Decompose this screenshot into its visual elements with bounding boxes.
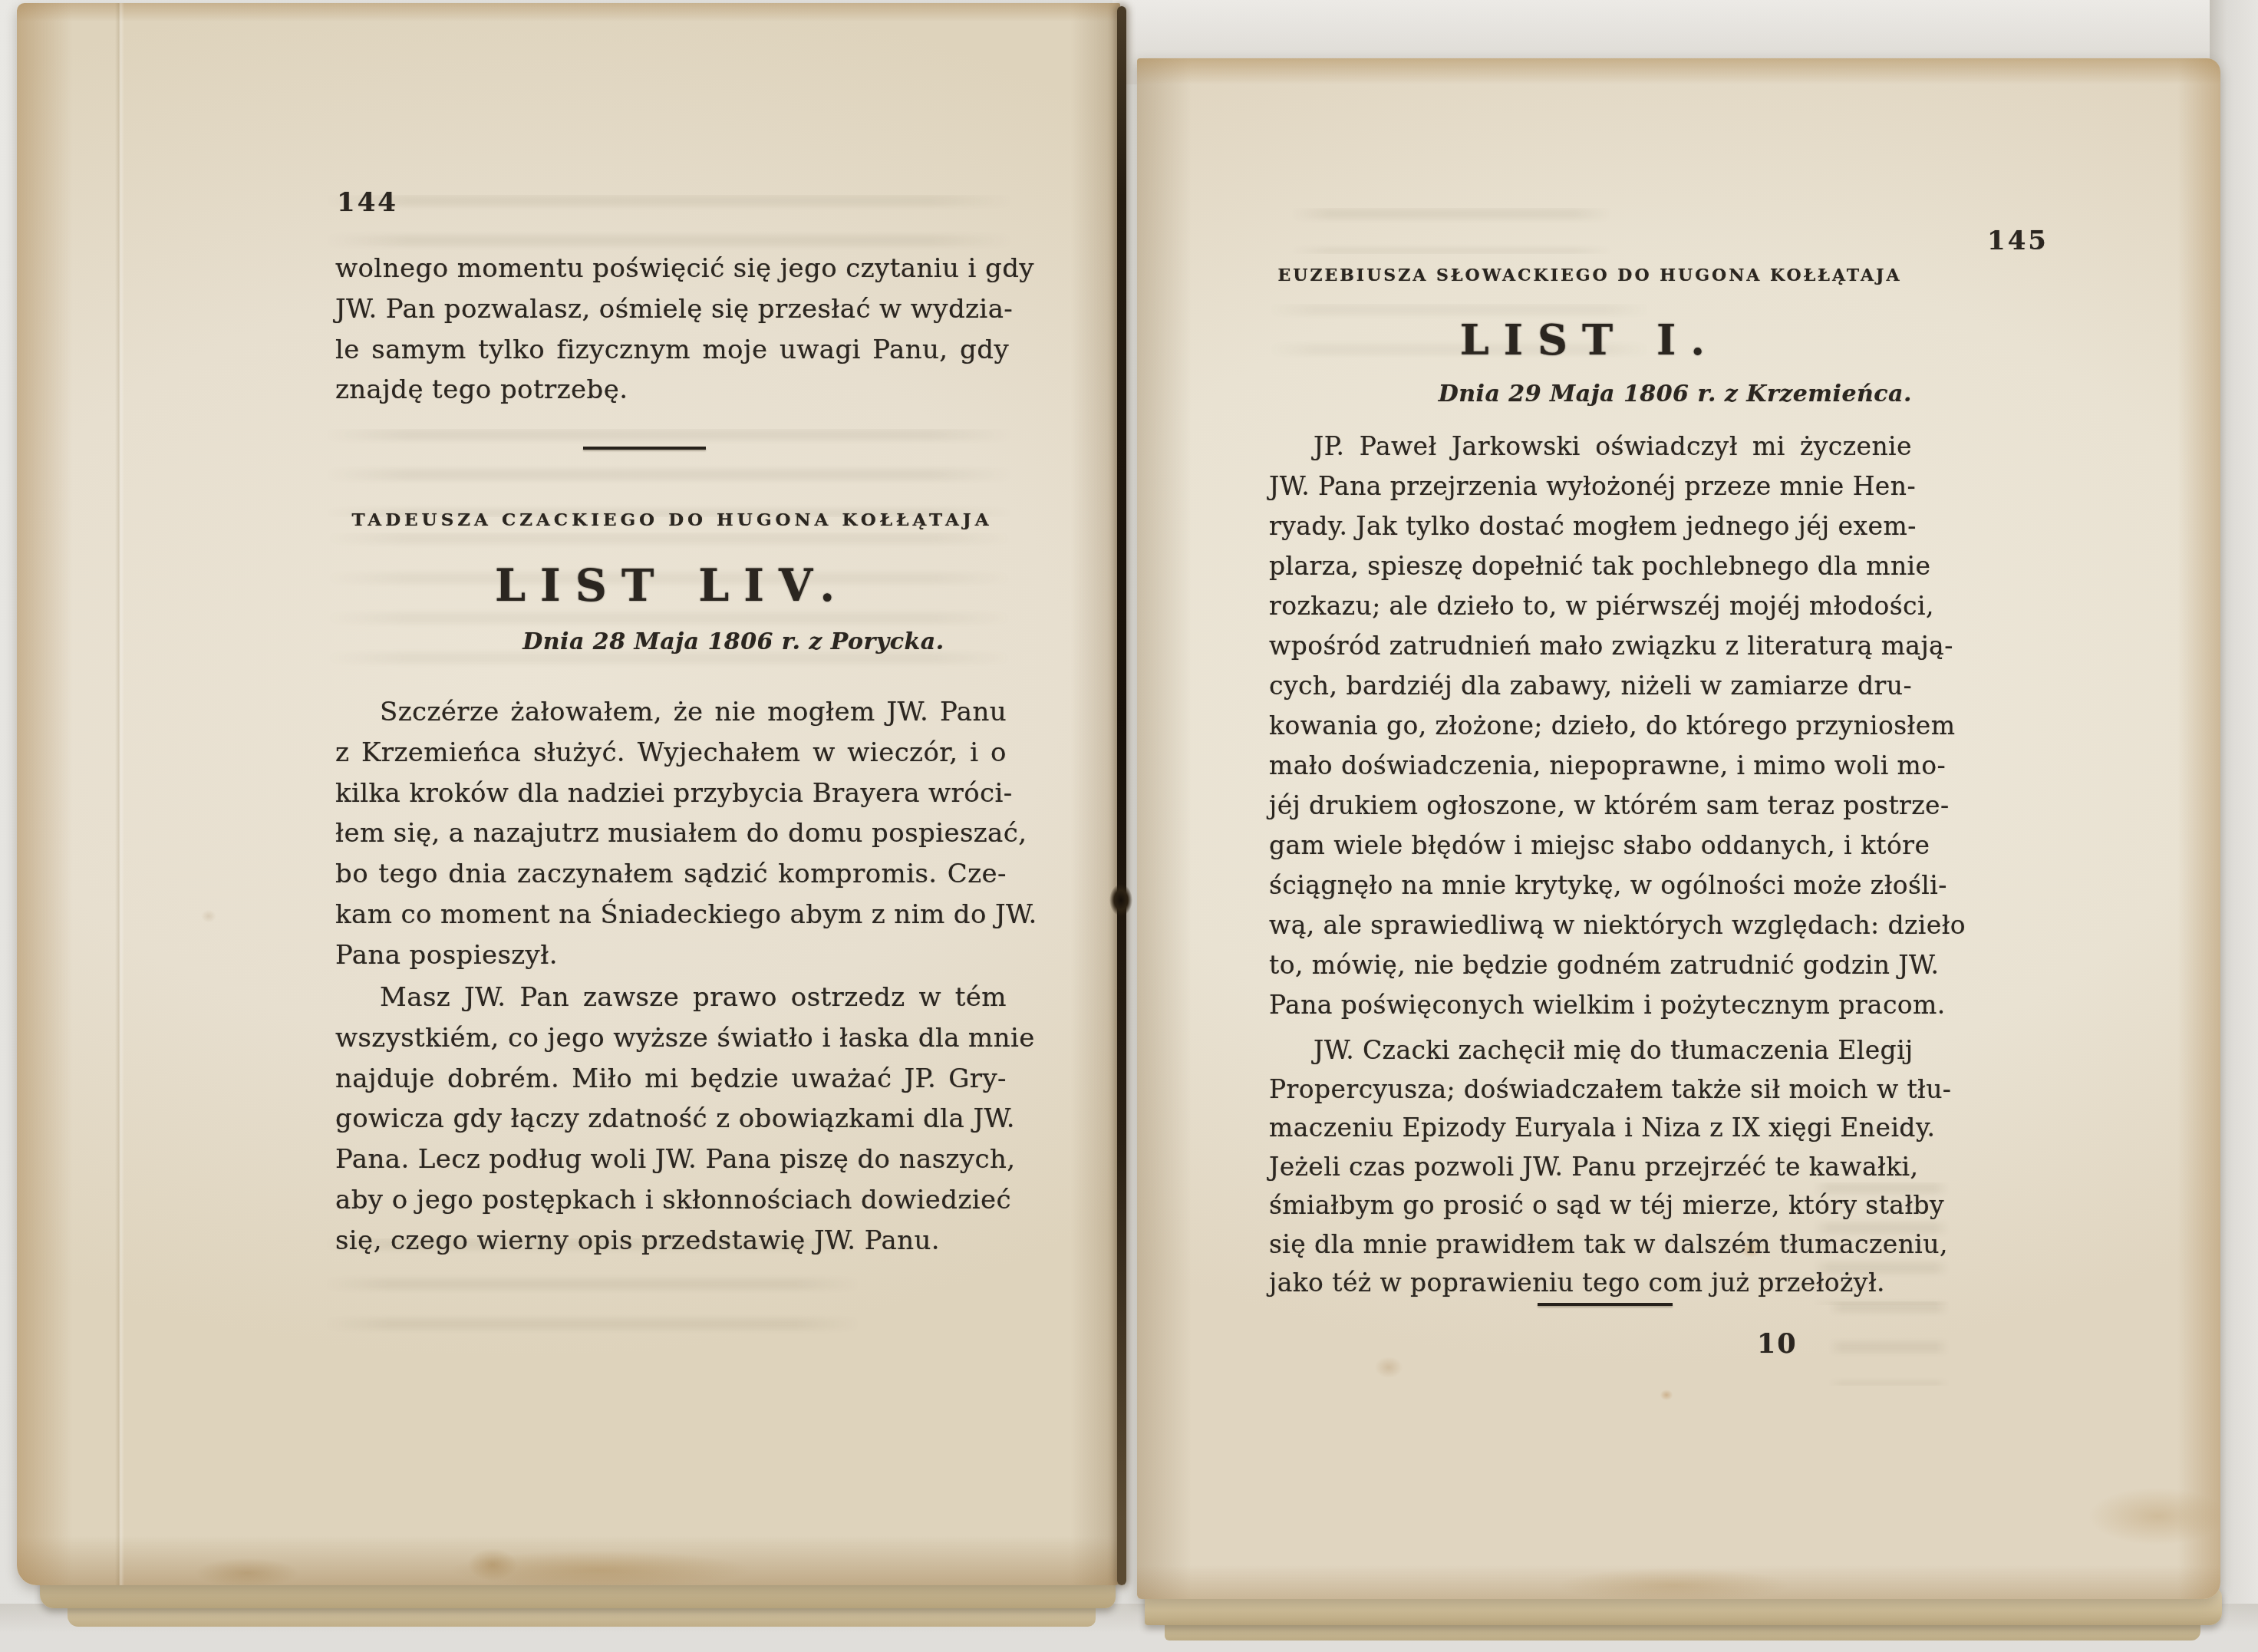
- text-line: JW. Pana przejrzenia wyłożonéj przeze mn…: [1269, 467, 1912, 506]
- text-line: JP. Paweł Jarkowski oświadczył mi życzen…: [1269, 427, 1912, 467]
- text-line: kilka kroków dla nadziei przybycia Braye…: [335, 773, 1007, 814]
- text-line: łem się, a nazajutrz musiałem do domu po…: [335, 813, 1007, 854]
- text-line: cych, bardziéj dla zabawy, niżeli w zami…: [1269, 666, 1912, 706]
- bleed-through: [1291, 208, 1613, 254]
- text-line: się dla mnie prawidłem tak w dalszém tłu…: [1269, 1225, 1912, 1265]
- text-line: Propercyusza; doświadczałem także sił mo…: [1269, 1070, 1912, 1110]
- text-line: wpośród zatrudnień mało związku z litera…: [1269, 626, 1912, 666]
- text-line: śmiałbym go prosić o sąd w téj mierze, k…: [1269, 1186, 1912, 1225]
- page-stack-edge: [68, 1605, 1096, 1627]
- letter-title: LIST I.: [1267, 315, 1912, 364]
- text-line: JW. Pan pozwalasz, ośmielę się przesłać …: [335, 289, 1009, 330]
- text-line: gam wiele błędów i miejsc słabo oddanych…: [1269, 826, 1912, 866]
- dateline: Dnia 29 Maja 1806 r. z Krzemieńca.: [1267, 381, 1912, 407]
- text-line: jako téż w poprawieniu tego com już prze…: [1269, 1264, 1912, 1303]
- text-line: kowania go, złożone; dzieło, do którego …: [1269, 706, 1912, 746]
- page-left: 144 wolnego momentu poświęcić się jego c…: [17, 3, 1120, 1585]
- text-line: JW. Czacki zachęcił mię do tłumaczenia E…: [1269, 1031, 1912, 1070]
- text-line: znajdę tego potrzebę.: [335, 370, 1009, 411]
- stitch-hole: [1109, 884, 1132, 916]
- text-line: mało doświadczenia, niepoprawne, i mimo …: [1269, 746, 1912, 786]
- bleed-through: [1828, 1301, 1950, 1386]
- text-line: wszystkiém, co jego wyższe światło i łas…: [335, 1018, 1007, 1059]
- text-line: kam co moment na Śniadeckiego abym z nim…: [335, 895, 1007, 935]
- text-line: ściągnęło na mnie krytykę, w ogólności m…: [1269, 866, 1912, 905]
- dateline: Dnia 28 Maja 1806 r. z Porycka.: [458, 628, 1009, 655]
- paragraph: Szczérze żałowałem, że nie mogłem JW. Pa…: [335, 692, 1007, 976]
- bleed-through: [324, 429, 1014, 517]
- text-line: le samym tylko fizycznym moje uwagi Panu…: [335, 330, 1009, 371]
- section-divider: [1538, 1303, 1673, 1306]
- section-header: TADEUSZA CZACKIEGO DO HUGONA KOŁŁĄTAJA: [335, 509, 1009, 530]
- continuation-paragraph: wolnego momentu poświęcić się jego czyta…: [335, 249, 1009, 411]
- text-line: ryady. Jak tylko dostać mogłem jednego j…: [1269, 506, 1912, 546]
- text-line: jéj drukiem ogłoszone, w którém sam tera…: [1269, 786, 1912, 826]
- paragraph: JW. Czacki zachęcił mię do tłumaczenia E…: [1269, 1031, 1912, 1303]
- running-header: EUZEBIUSZA SŁOWACKIEGO DO HUGONA KOŁŁĄTA…: [1267, 265, 1912, 285]
- paragraph: Masz JW. Pan zawsze prawo ostrzedz w tém…: [335, 978, 1007, 1261]
- paragraph: JP. Paweł Jarkowski oświadczył mi życzen…: [1269, 427, 1912, 1025]
- text-line: Pana. Lecz podług woli JW. Pana piszę do…: [335, 1139, 1007, 1180]
- text-line: bo tego dnia zaczynałem sądzić kompromis…: [335, 854, 1007, 895]
- text-line: najduje dobrém. Miło mi będzie uważać JP…: [335, 1059, 1007, 1100]
- text-line: Masz JW. Pan zawsze prawo ostrzedz w tém: [335, 978, 1007, 1018]
- text-line: z Krzemieńca służyć. Wyjechałem w wieczó…: [335, 733, 1007, 773]
- text-line: Pana pospieszył.: [335, 935, 1007, 976]
- text-line: wą, ale sprawiedliwą w niektórych względ…: [1269, 905, 1912, 945]
- text-line: plarza, spieszę dopełnić tak pochlebnego…: [1269, 546, 1912, 586]
- page-crease: [115, 3, 124, 1585]
- text-line: to, mówię, nie będzie godném zatrudnić g…: [1269, 945, 1912, 985]
- page-number: 144: [337, 187, 398, 218]
- letter-title: LIST LIV.: [335, 560, 1009, 612]
- text-line: gowicza gdy łączy zdatność z obowiązkami…: [335, 1099, 1007, 1139]
- text-line: aby o jego postępkach i skłonnościach do…: [335, 1180, 1007, 1221]
- text-line: wolnego momentu poświęcić się jego czyta…: [335, 249, 1009, 289]
- book-photo: { "colors": { "paper": "#e8e0d0", "ink":…: [0, 0, 2258, 1652]
- signature-mark: 10: [1757, 1328, 1798, 1360]
- page-number: 145: [1987, 226, 2049, 256]
- text-line: maczeniu Epizody Euryala i Niza z IX xię…: [1269, 1109, 1912, 1148]
- section-divider: [583, 447, 706, 450]
- book-gutter: [1117, 6, 1126, 1585]
- text-line: się, czego wierny opis przedstawię JW. P…: [335, 1221, 1007, 1261]
- text-line: Szczérze żałowałem, że nie mogłem JW. Pa…: [335, 692, 1007, 733]
- text-line: Jeżeli czas pozwoli JW. Panu przejrzéć t…: [1269, 1148, 1912, 1187]
- page-right: 145 EUZEBIUSZA SŁOWACKIEGO DO HUGONA KOŁ…: [1137, 58, 2220, 1599]
- text-line: rozkazu; ale dzieło to, w piérwszéj mojé…: [1269, 586, 1912, 626]
- text-line: Pana poświęconych wielkim i pożytecznym …: [1269, 985, 1912, 1025]
